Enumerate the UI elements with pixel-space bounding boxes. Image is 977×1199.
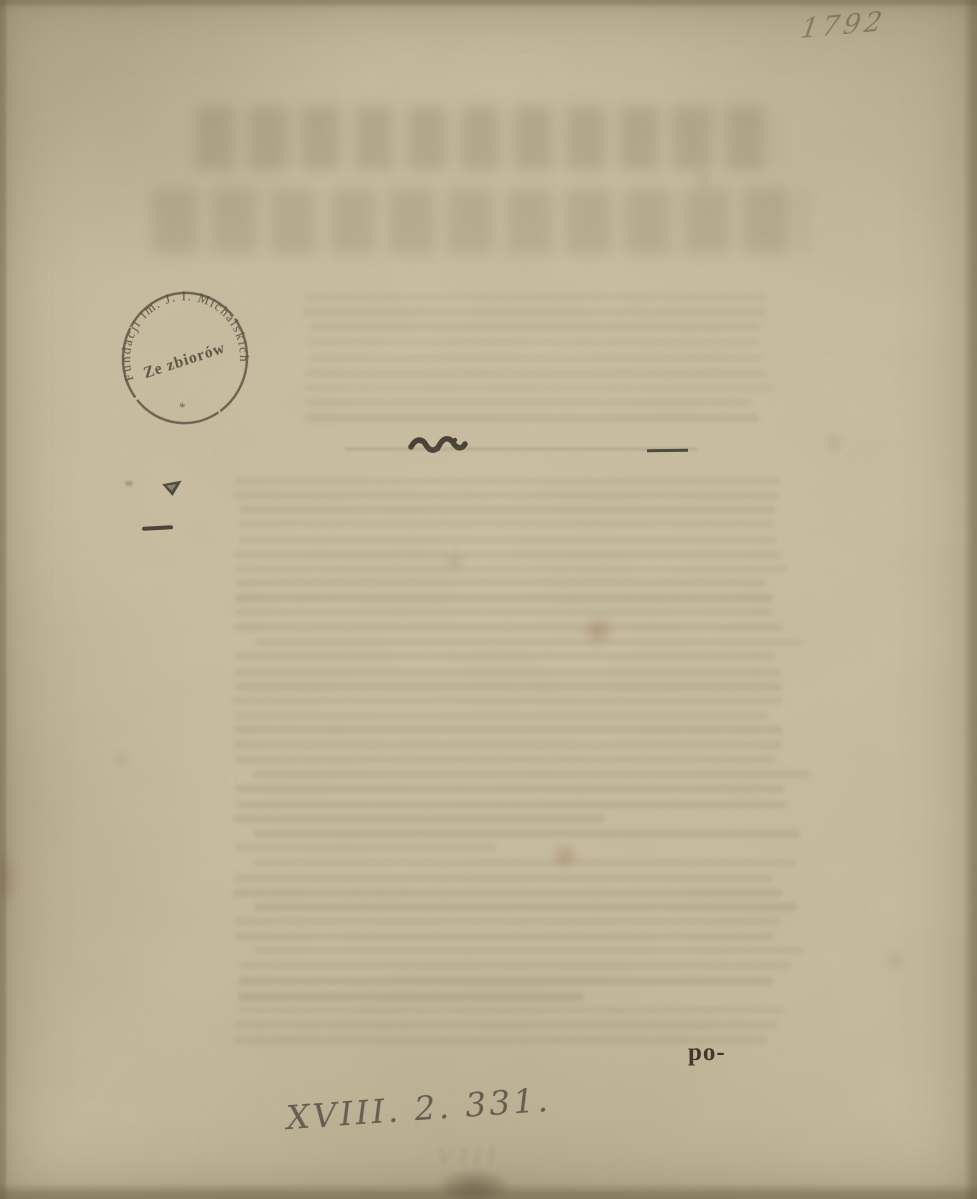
- bleedthrough-text-line: [235, 933, 775, 940]
- bleedthrough-text-line: [233, 1036, 766, 1043]
- ink-smudge: [438, 1170, 510, 1199]
- bleedthrough-text-line: [234, 669, 781, 676]
- foxing-spot: [880, 948, 910, 974]
- bleedthrough-text-line: [305, 294, 767, 301]
- bleedthrough-text-line: [234, 815, 605, 823]
- bleedthrough-text-line: [234, 917, 779, 925]
- bleedthrough-text-line: [233, 492, 780, 499]
- printed-rule: [647, 449, 688, 453]
- bleedthrough-text-line: [254, 859, 796, 866]
- bleedthrough-text-line: [234, 874, 773, 882]
- stamp-bottom-mark: *: [178, 399, 187, 415]
- bleedthrough-text-line: [233, 741, 782, 748]
- foxing-spot: [548, 840, 582, 872]
- fleuron-ornament-icon: [408, 434, 468, 456]
- bleedthrough-text-line: [303, 308, 766, 315]
- ink-triangle-mark-icon: [160, 479, 183, 498]
- bleedthrough-text-line: [234, 726, 783, 733]
- bleedthrough-text-line: [235, 756, 776, 763]
- bleedthrough-text-line: [305, 414, 759, 421]
- bleedthrough-text-line: [308, 338, 759, 345]
- shelfmark: XVIII. 2. 331.: [285, 1080, 552, 1137]
- bleedthrough-text-line: [238, 977, 773, 985]
- bleedthrough-text-line: [236, 579, 766, 586]
- bleedthrough-text-line: [234, 653, 776, 659]
- foxing-spot: [110, 748, 134, 770]
- stamp-center-text: Ze zbiorów: [142, 339, 228, 382]
- bleedthrough-text-line: [310, 323, 761, 330]
- bleedthrough-text-line: [236, 785, 784, 792]
- bleedthrough-title-line-2: [152, 188, 807, 254]
- bleedthrough-text-line: [239, 1007, 785, 1013]
- foxing-spot: [822, 432, 846, 454]
- bleedthrough-text-line: [234, 566, 787, 573]
- bleedthrough-text-line: [235, 609, 771, 615]
- bleedthrough-text-line: [234, 624, 782, 631]
- bleedthrough-title-line-1: [195, 106, 780, 170]
- bleedthrough-rule: [345, 448, 697, 450]
- catchword: po-: [688, 1039, 726, 1067]
- bleedthrough-footer: VIII: [434, 1144, 503, 1171]
- ink-dash-mark: [142, 525, 173, 531]
- bleedthrough-text-line: [235, 594, 773, 601]
- bleedthrough-text-line: [239, 962, 791, 969]
- bleedthrough-text-line: [235, 478, 781, 485]
- bleedthrough-text-line: [240, 506, 775, 513]
- bleedthrough-text-line: [237, 682, 782, 690]
- bleedthrough-text-line: [304, 385, 773, 392]
- foxing-spot: [690, 168, 716, 190]
- bleedthrough-text-line: [238, 992, 584, 1000]
- bleedthrough-text-line: [254, 903, 797, 911]
- handwritten-year: 1792: [799, 6, 888, 45]
- library-stamp: Fundacji im. J. I. Michalskich Ze zbioró…: [101, 271, 269, 446]
- stamp-ring-text: Fundacji im. J. I. Michalskich: [115, 280, 260, 399]
- bleedthrough-text-line: [237, 801, 787, 807]
- bleedthrough-text-line: [235, 712, 769, 720]
- bleedthrough-text-line: [238, 537, 777, 544]
- bleedthrough-text-line: [254, 830, 800, 837]
- paper-stain: [0, 846, 18, 910]
- bleedthrough-text-line: [232, 697, 782, 704]
- bleedthrough-text-line: [254, 770, 810, 778]
- bleedthrough-text-line: [233, 889, 782, 897]
- bleedthrough-text-line: [235, 844, 496, 851]
- scanned-page: Fundacji im. J. I. Michalskich Ze zbioró…: [0, 0, 977, 1199]
- bleedthrough-text-line: [306, 399, 752, 406]
- bleedthrough-text-line: [238, 520, 773, 527]
- bleedthrough-text-line: [308, 355, 763, 362]
- bleedthrough-text-line: [234, 551, 781, 559]
- bleedthrough-text-line: [304, 369, 767, 377]
- ink-dot-mark: [125, 481, 133, 486]
- bleedthrough-text-line: [234, 1021, 777, 1029]
- bleedthrough-text-line: [254, 947, 803, 953]
- svg-text:Fundacji im. J. I. Michalskich: Fundacji im. J. I. Michalskich: [115, 280, 260, 399]
- bleedthrough-text-line: [254, 639, 802, 646]
